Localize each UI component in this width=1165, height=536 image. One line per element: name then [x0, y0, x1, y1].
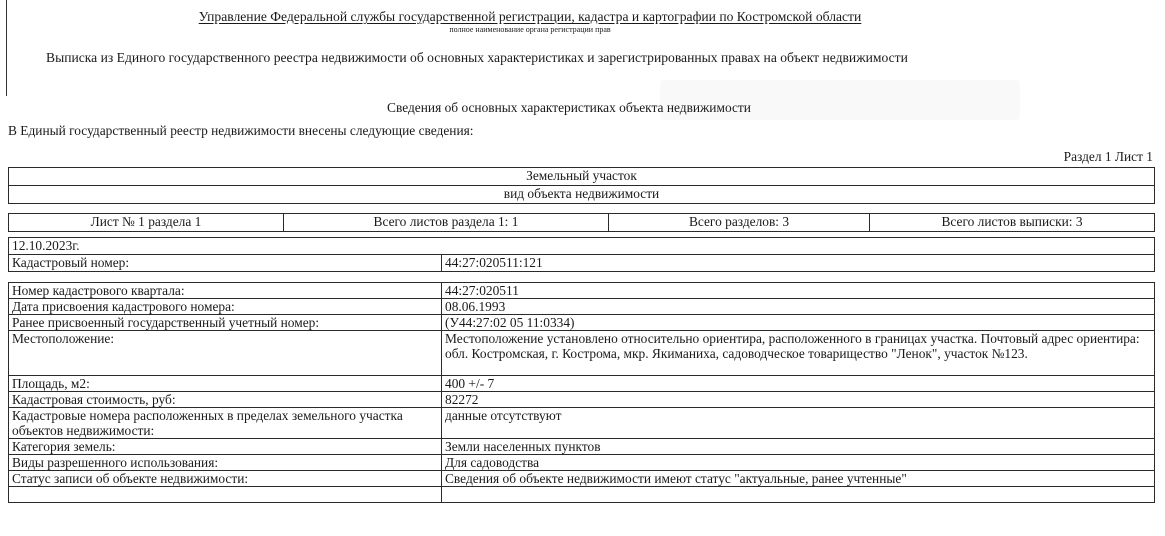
table-row: Категория земель:Земли населенных пункто…	[9, 439, 1155, 455]
sheet-number: Лист № 1 раздела 1	[9, 214, 284, 232]
table-row: Номер кадастрового квартала:44:27:020511	[9, 283, 1155, 299]
object-type-table: Земельный участок вид объекта недвижимос…	[8, 167, 1155, 204]
table-row: Статус записи об объекте недвижимости:Св…	[9, 471, 1155, 487]
date-table: 12.10.2023г. Кадастровый номер: 44:27:02…	[8, 237, 1155, 272]
table-row: Дата присвоения кадастрового номера:08.0…	[9, 299, 1155, 315]
sections-total: Всего разделов: 3	[609, 214, 870, 232]
object-type-caption: вид объекта недвижимости	[9, 186, 1155, 204]
object-type-value: Земельный участок	[9, 168, 1155, 186]
section-sheets-total: Всего листов раздела 1: 1	[284, 214, 609, 232]
organization-caption: полное наименование органа регистрации п…	[0, 25, 1060, 34]
table-row: Кадастровая стоимость, руб:82272	[9, 392, 1155, 408]
extract-date: 12.10.2023г.	[9, 238, 1155, 255]
organization-name: Управление Федеральной службы государств…	[0, 9, 1060, 25]
cadastral-number-value: 44:27:020511:121	[442, 255, 1155, 272]
properties-table: Номер кадастрового квартала:44:27:020511…	[8, 282, 1155, 503]
sheet-counts-table: Лист № 1 раздела 1 Всего листов раздела …	[8, 213, 1155, 232]
table-row: Местоположение:Местоположение установлен…	[9, 331, 1155, 376]
cadastral-number-label: Кадастровый номер:	[9, 255, 442, 272]
extract-title: Выписка из Единого государственного реес…	[46, 50, 908, 66]
intro-text: В Единый государственный реестр недвижим…	[8, 123, 474, 139]
extract-sheets-total: Всего листов выписки: 3	[870, 214, 1155, 232]
table-row: Кадастровые номера расположенных в преде…	[9, 408, 1155, 439]
table-row: Площадь, м2:400 +/- 7	[9, 376, 1155, 392]
table-row	[9, 487, 1155, 503]
section-reference: Раздел 1 Лист 1	[1064, 149, 1153, 165]
table-row: Виды разрешенного использования:Для садо…	[9, 455, 1155, 471]
table-row: Ранее присвоенный государственный учетны…	[9, 315, 1155, 331]
section-title: Сведения об основных характеристиках объ…	[0, 100, 1138, 116]
